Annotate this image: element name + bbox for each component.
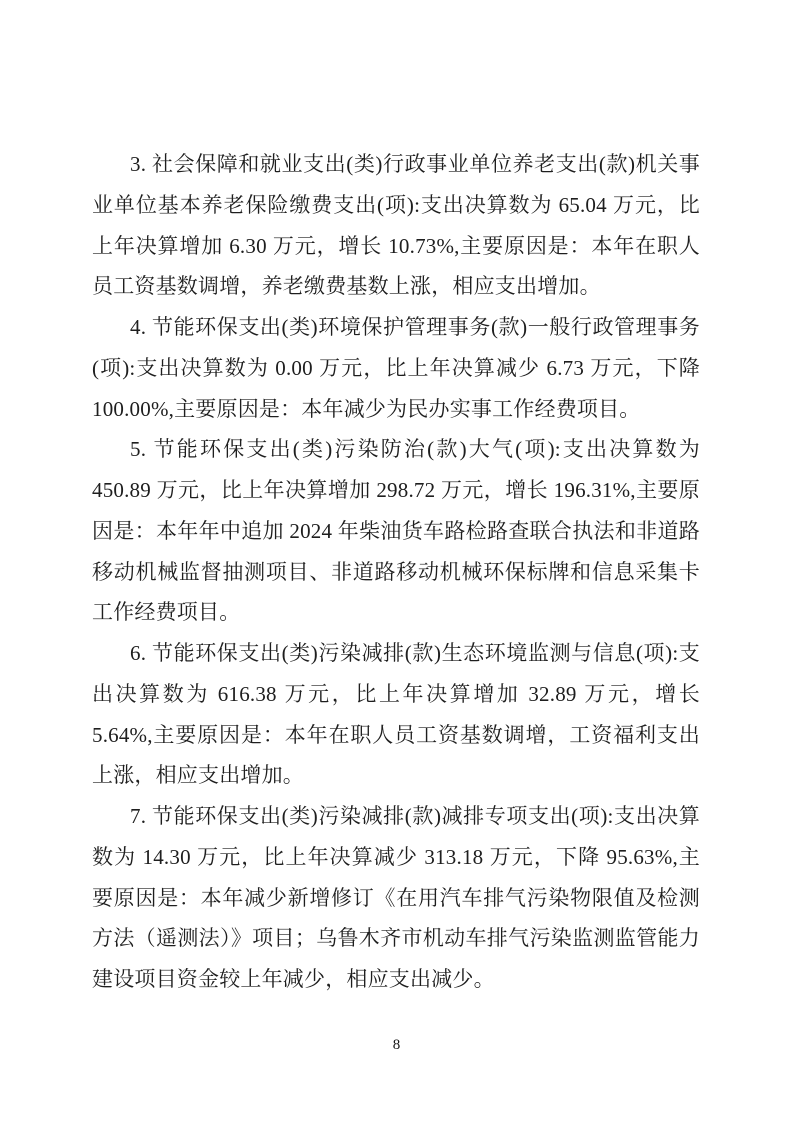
paragraph-eco-monitoring-info-expenditure: 6. 节能环保支出(类)污染减排(款)生态环境监测与信息(项):支出决算数为 6… [92,633,700,796]
page-number: 8 [0,1037,793,1054]
paragraph-env-protection-admin-expenditure: 4. 节能环保支出(类)环境保护管理事务(款)一般行政管理事务(项):支出决算数… [92,307,700,429]
document-page: 3. 社会保障和就业支出(类)行政事业单位养老支出(款)机关事业单位基本养老保险… [0,0,793,1122]
paragraph-social-security-pension-expenditure: 3. 社会保障和就业支出(类)行政事业单位养老支出(款)机关事业单位基本养老保险… [92,144,700,307]
document-body: 3. 社会保障和就业支出(类)行政事业单位养老支出(款)机关事业单位基本养老保险… [92,144,700,1000]
paragraph-air-pollution-control-expenditure: 5. 节能环保支出(类)污染防治(款)大气(项):支出决算数为 450.89 万… [92,429,700,633]
paragraph-emission-reduction-special-expenditure: 7. 节能环保支出(类)污染减排(款)减排专项支出(项):支出决算数为 14.3… [92,796,700,1000]
